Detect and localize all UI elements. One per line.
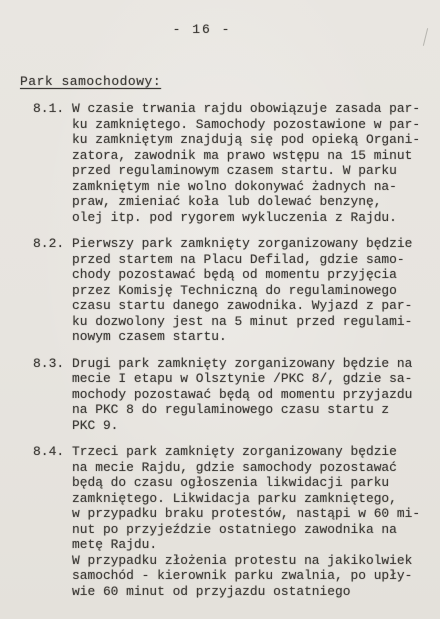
section-text: Trzeci park zamknięty zorganizowany będz… bbox=[72, 444, 426, 599]
section-8-4: 8.4. Trzeci park zamknięty zorganizowany… bbox=[0, 444, 440, 599]
section-8-2: 8.2. Pierwszy park zamknięty zorganizowa… bbox=[0, 236, 440, 345]
section-text: Pierwszy park zamknięty zorganizowany bę… bbox=[72, 236, 426, 345]
section-number: 8.3. bbox=[33, 356, 72, 372]
section-heading: Park samochodowy: bbox=[20, 74, 161, 90]
scanned-document-page: - 16 - Park samochodowy: 8.1. W czasie t… bbox=[0, 0, 440, 619]
section-number: 8.1. bbox=[33, 101, 72, 117]
section-8-1: 8.1. W czasie trwania rajdu obowiązuje z… bbox=[0, 101, 440, 225]
section-number: 8.4. bbox=[33, 444, 72, 460]
section-8-3: 8.3. Drugi park zamknięty zorganizowany … bbox=[0, 356, 440, 434]
section-number: 8.2. bbox=[33, 236, 72, 252]
heading-row: Park samochodowy: bbox=[0, 37, 440, 90]
page-number: - 16 - bbox=[0, 22, 422, 37]
section-text: W czasie trwania rajdu obowiązuje zasada… bbox=[72, 101, 426, 225]
section-text: Drugi park zamknięty zorganizowany będzi… bbox=[72, 356, 426, 434]
